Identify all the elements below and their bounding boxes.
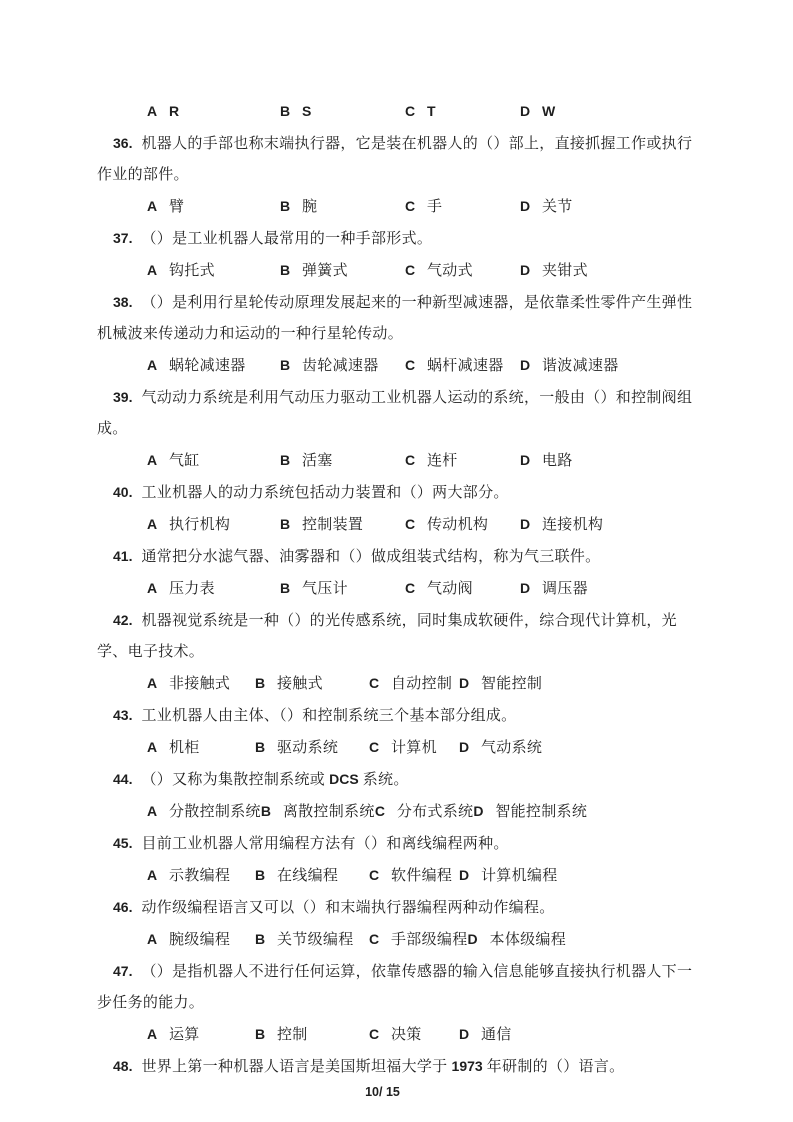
option-text: 控制装置 [302, 517, 363, 533]
option-item: B气压计 [280, 573, 405, 605]
options-row-42: A非接触式 B接触式 C自动控制 D智能控制 [97, 668, 793, 700]
question-48: 48.世界上第一种机器人语言是美国斯坦福大学于 1973 年研制的（）语言。 [97, 1051, 702, 1083]
option-letter: D [459, 732, 481, 763]
exam-document-page: AR BS CT DW 36.机器人的手部也称末端执行器，它是装在机器人的（）部… [0, 0, 793, 1122]
option-letter: C [369, 860, 391, 891]
option-text: 手 [427, 199, 442, 215]
option-text: 传动机构 [427, 517, 488, 533]
option-text: 气动式 [427, 263, 473, 279]
option-text: S [302, 104, 311, 120]
option-item: D关节 [520, 191, 573, 223]
question-37: 37.（）是工业机器人最常用的一种手部形式。 [97, 223, 702, 255]
option-item: DW [520, 96, 555, 128]
option-text: 调压器 [542, 581, 588, 597]
option-item: A压力表 [147, 573, 280, 605]
option-item: C自动控制 [369, 668, 459, 700]
question-number: 38. [113, 294, 132, 310]
option-letter: B [280, 350, 302, 381]
option-item: B驱动系统 [255, 732, 369, 764]
options-row-39: A气缸 B活塞 C连杆 D电路 [97, 445, 793, 477]
option-letter: B [255, 860, 277, 891]
option-item: C蜗杆减速器 [405, 350, 520, 382]
option-letter: B [280, 573, 302, 604]
option-text: 分布式系统 [397, 804, 474, 820]
option-text: 关节级编程 [277, 932, 354, 948]
option-item: B齿轮减速器 [280, 350, 405, 382]
options-row-41: A压力表 B气压计 C气动阀 D调压器 [97, 573, 793, 605]
option-text: 接触式 [277, 676, 323, 692]
question-43: 43.工业机器人由主体、（）和控制系统三个基本部分组成。 [97, 700, 702, 732]
option-letter: C [405, 255, 427, 286]
option-item: D调压器 [520, 573, 588, 605]
option-letter: A [147, 191, 169, 222]
option-text: 非接触式 [169, 676, 230, 692]
option-letter: C [405, 191, 427, 222]
question-number: 36. [113, 135, 132, 151]
option-item: D连接机构 [520, 509, 603, 541]
question-text: （）是指机器人不进行任何运算，依靠传感器的输入信息能够直接执行机器人下一步任务的… [97, 964, 692, 1011]
option-letter: D [520, 509, 542, 540]
question-text: 工业机器人的动力系统包括动力装置和（）两大部分。 [141, 485, 508, 501]
option-text: 压力表 [169, 581, 215, 597]
option-letter: D [520, 573, 542, 604]
option-item: C决策 [369, 1019, 459, 1051]
option-letter: A [147, 732, 169, 763]
option-letter: C [405, 96, 427, 127]
option-text: 执行机构 [169, 517, 230, 533]
question-number: 44. [113, 771, 132, 787]
option-item: B弹簧式 [280, 255, 405, 287]
option-letter: B [280, 191, 302, 222]
option-item: B控制装置 [280, 509, 405, 541]
option-text: 自动控制 [391, 676, 452, 692]
option-text: 钩托式 [169, 263, 215, 279]
option-letter: A [147, 860, 169, 891]
option-text: 蜗轮减速器 [169, 358, 246, 374]
question-number: 48. [113, 1058, 132, 1074]
option-text: W [542, 104, 555, 120]
option-item: A分散控制系统 [147, 796, 261, 828]
option-letter: C [369, 668, 391, 699]
option-text: 活塞 [302, 453, 333, 469]
option-item: D通信 [459, 1019, 512, 1051]
question-36: 36.机器人的手部也称末端执行器，它是装在机器人的（）部上，直接抓握工作或执行作… [97, 128, 702, 191]
option-item: B关节级编程 [255, 924, 369, 956]
option-letter: D [520, 255, 542, 286]
option-letter: A [147, 350, 169, 381]
option-item: C手 [405, 191, 520, 223]
option-text: 连接机构 [542, 517, 603, 533]
option-letter: B [255, 924, 277, 955]
option-item: A非接触式 [147, 668, 255, 700]
option-item: C连杆 [405, 445, 520, 477]
option-text: 电路 [542, 453, 573, 469]
option-text: 计算机 [391, 740, 437, 756]
option-item: CT [405, 96, 520, 128]
option-item: BS [280, 96, 405, 128]
options-row-46: A腕级编程 B关节级编程 C手部级编程 D本体级编程 [97, 924, 793, 956]
option-text: 运算 [169, 1027, 200, 1043]
option-item: B活塞 [280, 445, 405, 477]
question-number: 47. [113, 963, 132, 979]
option-item: B控制 [255, 1019, 369, 1051]
option-letter: A [147, 796, 169, 827]
option-item: A执行机构 [147, 509, 280, 541]
option-item: C计算机 [369, 732, 459, 764]
option-text: 分散控制系统 [169, 804, 261, 820]
option-item: C气动阀 [405, 573, 520, 605]
question-number: 46. [113, 899, 132, 915]
question-number: 42. [113, 612, 132, 628]
option-letter: D [459, 1019, 481, 1050]
option-text: 通信 [481, 1027, 512, 1043]
option-letter: D [520, 191, 542, 222]
option-letter: A [147, 96, 169, 127]
options-row-45: A示教编程 B在线编程 C软件编程 D计算机编程 [97, 860, 793, 892]
option-text: 决策 [391, 1027, 422, 1043]
option-item: C手部级编程 [369, 924, 468, 956]
question-text: 通常把分水滤气器、油雾器和（）做成组装式结构，称为气三联件。 [141, 549, 600, 565]
option-letter: A [147, 668, 169, 699]
option-letter: B [255, 1019, 277, 1050]
option-letter: D [473, 796, 495, 827]
option-item: A蜗轮减速器 [147, 350, 280, 382]
question-text: 世界上第一种机器人语言是美国斯坦福大学于 1973 年研制的（）语言。 [141, 1059, 624, 1075]
option-text: 机柜 [169, 740, 200, 756]
option-item: D计算机编程 [459, 860, 558, 892]
question-text: （）是工业机器人最常用的一种手部形式。 [141, 231, 432, 247]
question-44: 44.（）又称为集散控制系统或 DCS 系统。 [97, 764, 702, 796]
option-text: 智能控制系统 [495, 804, 587, 820]
option-letter: B [255, 732, 277, 763]
option-letter: B [280, 509, 302, 540]
option-letter: A [147, 573, 169, 604]
option-letter: D [459, 860, 481, 891]
options-row-36: A臂 B腕 C手 D关节 [97, 191, 793, 223]
option-item: D本体级编程 [468, 924, 567, 956]
option-text: 腕级编程 [169, 932, 230, 948]
question-42: 42.机器视觉系统是一种（）的光传感系统，同时集成软硬件，综合现代计算机，光学、… [97, 605, 702, 668]
option-text: 连杆 [427, 453, 458, 469]
option-letter: A [147, 445, 169, 476]
option-text: 臂 [169, 199, 184, 215]
option-item: C软件编程 [369, 860, 459, 892]
option-text: 手部级编程 [391, 932, 468, 948]
question-number: 40. [113, 484, 132, 500]
option-letter: D [520, 350, 542, 381]
options-row-43: A机柜 B驱动系统 C计算机 D气动系统 [97, 732, 793, 764]
option-letter: A [147, 255, 169, 286]
option-letter: B [280, 445, 302, 476]
option-letter: A [147, 1019, 169, 1050]
option-letter: A [147, 509, 169, 540]
option-letter: B [280, 255, 302, 286]
option-text: 夹钳式 [542, 263, 588, 279]
option-text: T [427, 104, 436, 120]
option-text: 蜗杆减速器 [427, 358, 504, 374]
option-item: B腕 [280, 191, 405, 223]
question-46: 46.动作级编程语言又可以（）和末端执行器编程两种动作编程。 [97, 892, 702, 924]
option-text: 软件编程 [391, 868, 452, 884]
question-38: 38.（）是利用行星轮传动原理发展起来的一种新型减速器，是依靠柔性零件产生弹性机… [97, 287, 702, 350]
option-item: A臂 [147, 191, 280, 223]
option-text: 计算机编程 [481, 868, 558, 884]
options-row-47: A运算 B控制 C决策 D通信 [97, 1019, 793, 1051]
option-text: R [169, 104, 179, 120]
option-text: 离散控制系统 [283, 804, 375, 820]
option-letter: C [405, 509, 427, 540]
page-number: 10/ 15 [0, 1083, 779, 1101]
options-row-37: A钩托式 B弹簧式 C气动式 D夹钳式 [97, 255, 793, 287]
option-text: 示教编程 [169, 868, 230, 884]
option-item: C气动式 [405, 255, 520, 287]
option-letter: B [280, 96, 302, 127]
option-letter: B [261, 796, 283, 827]
options-row-40: A执行机构 B控制装置 C传动机构 D连接机构 [97, 509, 793, 541]
option-text: 气动阀 [427, 581, 473, 597]
options-row-35: AR BS CT DW [97, 96, 793, 128]
question-47: 47.（）是指机器人不进行任何运算，依靠传感器的输入信息能够直接执行机器人下一步… [97, 956, 702, 1019]
question-40: 40.工业机器人的动力系统包括动力装置和（）两大部分。 [97, 477, 702, 509]
option-item: B离散控制系统 [261, 796, 375, 828]
option-item: A腕级编程 [147, 924, 255, 956]
option-letter: C [405, 445, 427, 476]
question-number: 45. [113, 835, 132, 851]
option-letter: D [468, 924, 490, 955]
question-41: 41.通常把分水滤气器、油雾器和（）做成组装式结构，称为气三联件。 [97, 541, 702, 573]
option-item: D谐波减速器 [520, 350, 619, 382]
question-text: （）又称为集散控制系统或 DCS 系统。 [141, 772, 408, 788]
question-number: 43. [113, 707, 132, 723]
option-item: A运算 [147, 1019, 255, 1051]
option-text: 控制 [277, 1027, 308, 1043]
option-text: 气缸 [169, 453, 200, 469]
option-letter: C [405, 573, 427, 604]
option-text: 在线编程 [277, 868, 338, 884]
option-letter: C [369, 732, 391, 763]
option-text: 谐波减速器 [542, 358, 619, 374]
options-row-44: A分散控制系统 B离散控制系统 C分布式系统 D智能控制系统 [97, 796, 793, 828]
option-letter: C [369, 924, 391, 955]
option-item: A钩托式 [147, 255, 280, 287]
option-letter: D [459, 668, 481, 699]
option-item: C传动机构 [405, 509, 520, 541]
page-content: AR BS CT DW 36.机器人的手部也称末端执行器，它是装在机器人的（）部… [0, 0, 793, 1101]
question-text: 机器人的手部也称末端执行器，它是装在机器人的（）部上，直接抓握工作或执行作业的部… [97, 136, 692, 183]
option-letter: B [255, 668, 277, 699]
option-letter: C [375, 796, 397, 827]
option-item: A示教编程 [147, 860, 255, 892]
option-text: 腕 [302, 199, 317, 215]
question-number: 37. [113, 230, 132, 246]
question-text: 气动动力系统是利用气动压力驱动工业机器人运动的系统，一般由（）和控制阀组成。 [97, 390, 692, 437]
option-item: C分布式系统 [375, 796, 474, 828]
option-item: A气缸 [147, 445, 280, 477]
option-item: D电路 [520, 445, 573, 477]
option-item: D夹钳式 [520, 255, 588, 287]
option-item: AR [147, 96, 280, 128]
question-text: 机器视觉系统是一种（）的光传感系统，同时集成软硬件，综合现代计算机，光学、电子技… [97, 613, 677, 660]
option-letter: D [520, 445, 542, 476]
question-39: 39.气动动力系统是利用气动压力驱动工业机器人运动的系统，一般由（）和控制阀组成… [97, 382, 702, 445]
option-letter: C [405, 350, 427, 381]
question-number: 41. [113, 548, 132, 564]
option-text: 智能控制 [481, 676, 542, 692]
option-text: 弹簧式 [302, 263, 348, 279]
question-text: 动作级编程语言又可以（）和末端执行器编程两种动作编程。 [141, 900, 554, 916]
question-text: （）是利用行星轮传动原理发展起来的一种新型减速器，是依靠柔性零件产生弹性机械波来… [97, 295, 692, 342]
option-text: 关节 [542, 199, 573, 215]
option-text: 齿轮减速器 [302, 358, 379, 374]
option-text: 气动系统 [481, 740, 542, 756]
option-text: 驱动系统 [277, 740, 338, 756]
question-text: 工业机器人由主体、（）和控制系统三个基本部分组成。 [141, 708, 516, 724]
options-row-38: A蜗轮减速器 B齿轮减速器 C蜗杆减速器 D谐波减速器 [97, 350, 793, 382]
option-letter: C [369, 1019, 391, 1050]
option-item: D智能控制 [459, 668, 542, 700]
option-item: A机柜 [147, 732, 255, 764]
option-text: 本体级编程 [490, 932, 567, 948]
option-text: 气压计 [302, 581, 348, 597]
option-item: B在线编程 [255, 860, 369, 892]
option-item: D智能控制系统 [473, 796, 587, 828]
question-45: 45.目前工业机器人常用编程方法有（）和离线编程两种。 [97, 828, 702, 860]
option-letter: A [147, 924, 169, 955]
option-letter: D [520, 96, 542, 127]
option-item: B接触式 [255, 668, 369, 700]
question-text: 目前工业机器人常用编程方法有（）和离线编程两种。 [141, 836, 508, 852]
option-item: D气动系统 [459, 732, 542, 764]
question-number: 39. [113, 389, 132, 405]
